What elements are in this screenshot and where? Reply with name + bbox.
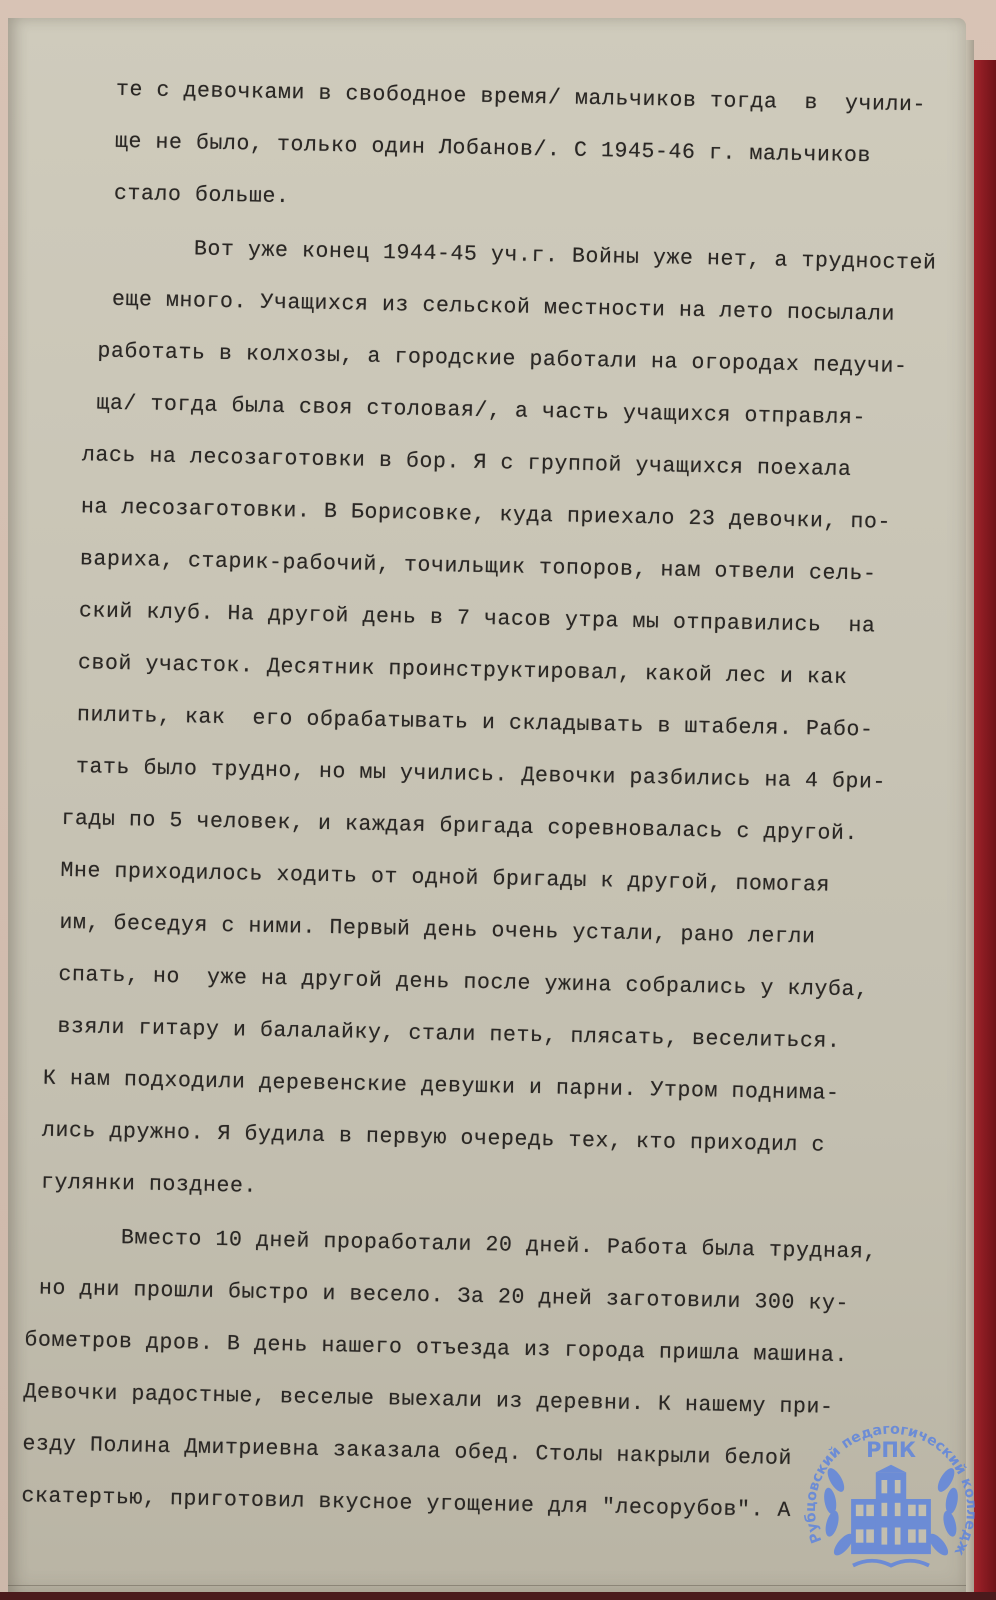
college-stamp: Рубцовский педагогический колледж РПК	[796, 1404, 986, 1594]
binder-bottom-edge	[0, 1592, 996, 1600]
typed-text-body: те с девочками в свободное время/ мальчи…	[0, 62, 972, 1540]
stamp-abbreviation: РПК	[866, 1438, 916, 1462]
open-book-icon	[853, 1561, 929, 1566]
typewritten-page: те с девочками в свободное время/ мальчи…	[8, 18, 966, 1600]
stamp-emblem-icon: Рубцовский педагогический колледж РПК	[796, 1404, 986, 1594]
